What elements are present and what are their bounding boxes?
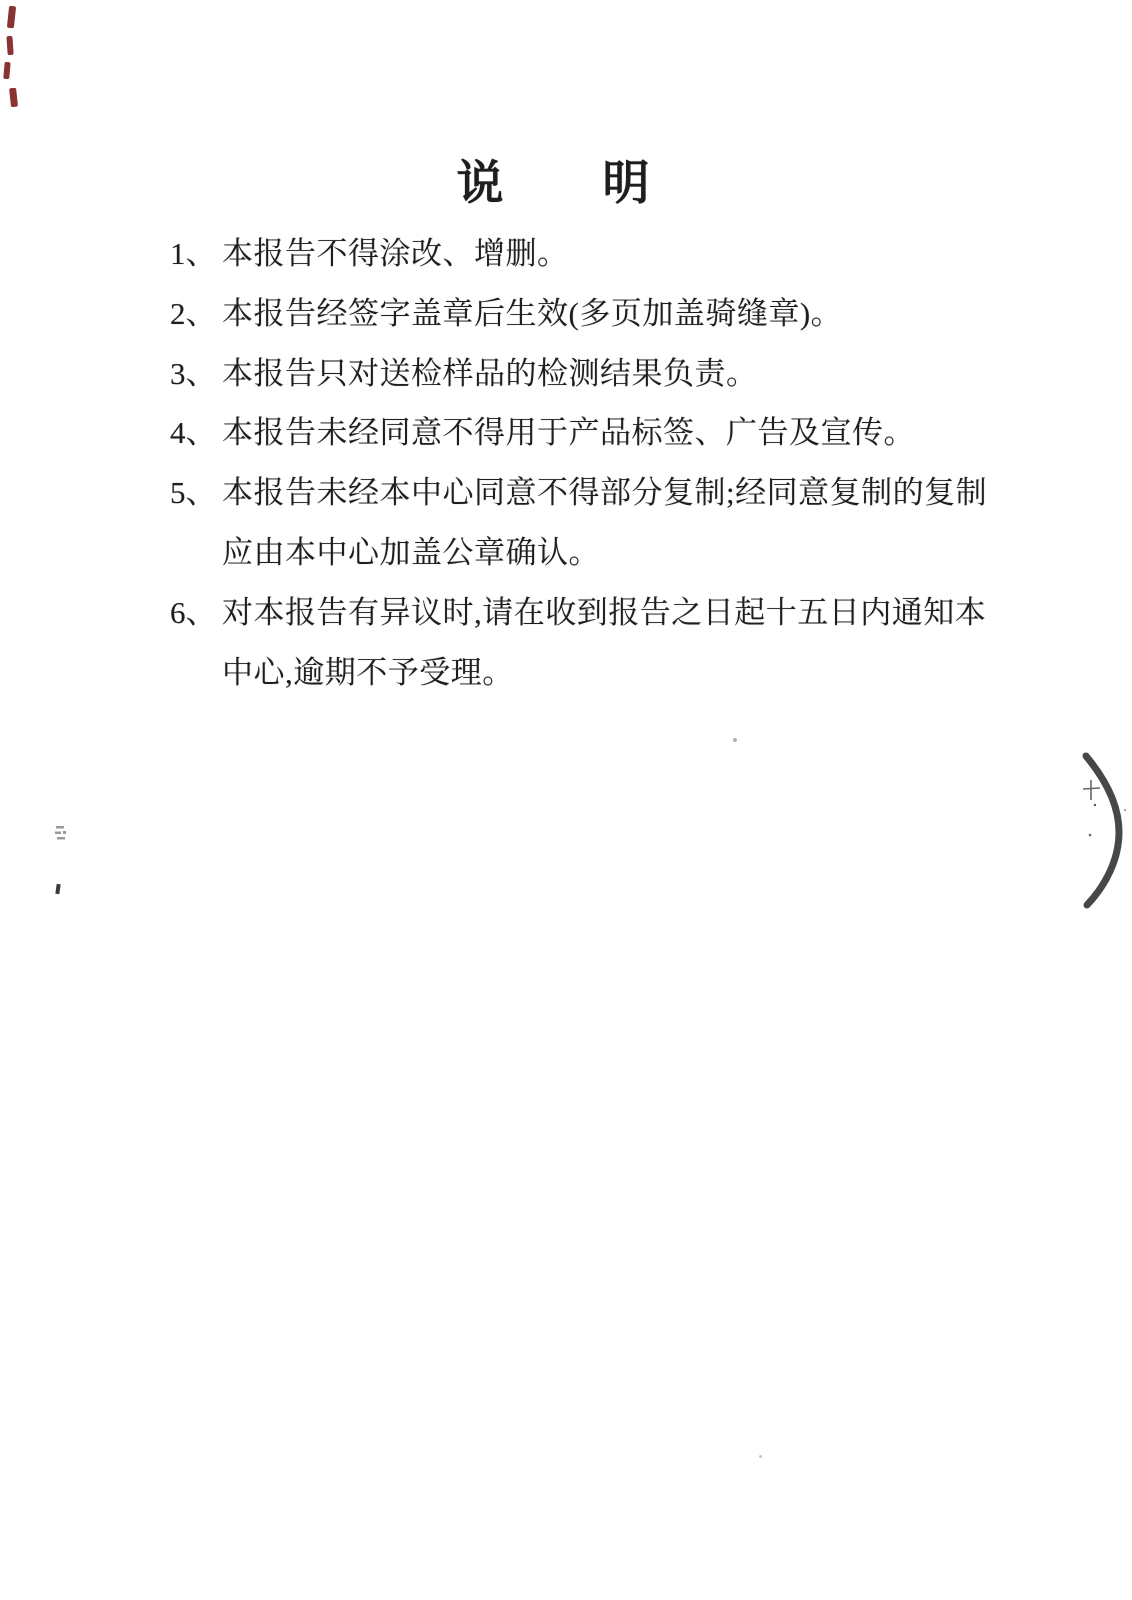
note-item-6: 6、 对本报告有异议时,请在收到报告之日起十五日内通知本: [0, 583, 1132, 643]
note-text: 应由本中心加盖公章确认。: [222, 523, 600, 583]
note-text: 本报告经签字盖章后生效(多页加盖骑缝章)。: [222, 284, 842, 344]
note-text: 本报告未经同意不得用于产品标签、广告及宣传。: [222, 403, 915, 463]
note-number: 4、: [170, 403, 222, 463]
note-number: 1、: [170, 224, 222, 284]
note-item-6-continuation: 中心,逾期不予受理。: [0, 643, 1132, 703]
note-item-5: 5、 本报告未经本中心同意不得部分复制;经同意复制的复制: [0, 463, 1132, 523]
note-item-4: 4、 本报告未经同意不得用于产品标签、广告及宣传。: [0, 403, 1132, 463]
document-page: 说 明 1、 本报告不得涂改、增删。 2、 本报告经签字盖章后生效(多页加盖骑缝…: [0, 0, 1132, 1600]
scan-speck: [759, 1455, 762, 1458]
notes-list: 1、 本报告不得涂改、增删。 2、 本报告经签字盖章后生效(多页加盖骑缝章)。 …: [0, 224, 1132, 702]
note-number: 5、: [170, 463, 222, 523]
note-number: 2、: [170, 284, 222, 344]
note-item-2: 2、 本报告经签字盖章后生效(多页加盖骑缝章)。: [0, 284, 1132, 344]
note-text: 对本报告有异议时,请在收到报告之日起十五日内通知本: [222, 583, 986, 643]
note-text: 中心,逾期不予受理。: [222, 643, 514, 703]
note-item-3: 3、 本报告只对送检样品的检测结果负责。: [0, 344, 1132, 404]
margin-smudge: [48, 818, 78, 900]
note-item-1: 1、 本报告不得涂改、增删。: [0, 224, 1132, 284]
page-title: 说 明: [0, 146, 1132, 213]
note-number: 6、: [170, 583, 222, 643]
note-item-5-continuation: 应由本中心加盖公章确认。: [0, 523, 1132, 583]
note-text: 本报告未经本中心同意不得部分复制;经同意复制的复制: [222, 463, 987, 523]
scan-speck: [733, 738, 737, 742]
scan-crease-mark: [1062, 742, 1132, 917]
corner-stain-marks: [2, 4, 28, 116]
note-number: 3、: [170, 344, 222, 404]
note-text: 本报告不得涂改、增删。: [222, 224, 569, 284]
note-text: 本报告只对送检样品的检测结果负责。: [222, 344, 758, 404]
